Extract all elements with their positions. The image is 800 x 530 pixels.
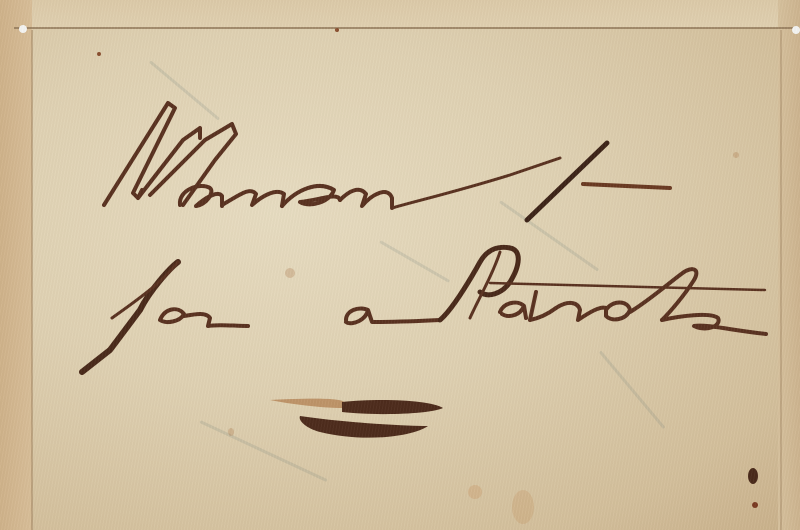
double-flourish-underline (270, 399, 443, 438)
handwriting-ink (0, 0, 800, 530)
word-warrant (104, 103, 670, 220)
manuscript-photo: Warrant for a Patrole (0, 0, 800, 530)
words-for-a-patrole (82, 247, 766, 372)
